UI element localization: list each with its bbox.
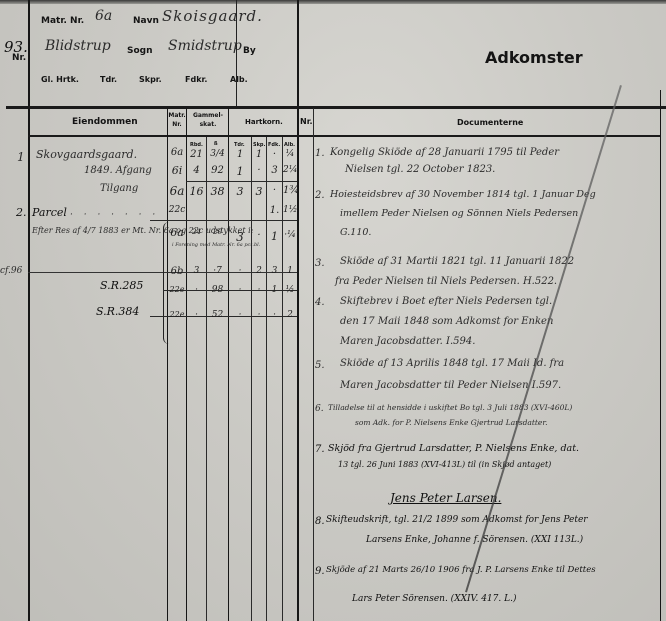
tdr-value: 1	[229, 149, 251, 160]
skilling-value: 20	[207, 228, 228, 236]
doc-entry-3-nr: 3.	[315, 258, 325, 269]
row-number-label: Nr.	[12, 53, 26, 63]
fdk-value: 1.	[267, 205, 282, 216]
row-1-subtotal-rule	[186, 181, 297, 182]
sr-285: S.R.285	[100, 279, 143, 292]
navn-label: Navn	[133, 16, 159, 26]
doc-entry-4-nr: 4.	[315, 297, 325, 308]
doc-entry-7-line-2: 13 tgl. 26 Juni 1883 (XVI-413L) til (in …	[338, 460, 551, 469]
tdr-label: Tdr.	[100, 75, 117, 84]
doc-entry-4-line-1: Skiftebrev i Boet efter Niels Pedersen t…	[340, 296, 552, 307]
skilling-value: 98	[207, 285, 228, 295]
skp-value: 2	[252, 266, 266, 276]
fdk-subheader: Fdk.	[268, 142, 280, 148]
gl-hrtk-label: Gl. Hrtk.	[41, 75, 79, 84]
ledger-page: 93. Nr. Matr. Nr. 6a Navn Skoisgaard. Bl…	[0, 0, 666, 621]
sogn-value: Blidstrup	[45, 38, 111, 54]
left-colheader-bottom-rule	[28, 135, 297, 137]
property-row-1-afgang: 1849. Afgang	[84, 165, 152, 176]
fdk-value: 3	[267, 266, 282, 276]
matr-value: 6b	[168, 266, 186, 277]
doc-entry-8-line-1: Skifteudskrift, tgl. 21/2 1899 som Adkom…	[326, 515, 588, 525]
alb-value: 2¼	[283, 165, 297, 175]
matr-nr-label: Matr. Nr.	[41, 16, 84, 26]
doc-entry-2-nr: 2.	[315, 190, 325, 201]
alb-value: ½	[283, 285, 297, 295]
tdr-value: ·	[229, 310, 251, 320]
gammelskat-sub-divider	[206, 137, 207, 621]
tdr-value: ·	[229, 285, 251, 295]
navn-value: Skoisgaard.	[162, 7, 263, 25]
tdr-value: ·	[229, 266, 251, 276]
rbd-value: 24	[187, 228, 206, 236]
hartkorn-sub-divider-1	[251, 137, 252, 621]
doc-entry-1-line-2: Nielsen tgl. 22 October 1823.	[345, 164, 495, 175]
fdk-value: ·	[267, 149, 282, 160]
doc-entry-7-line-1: Skjöd fra Gjertrud Larsdatter, P. Nielse…	[328, 443, 579, 454]
matr-nr-value: 6a	[95, 8, 112, 24]
doc-entry-8-nr: 8.	[315, 516, 325, 527]
matr-nr-header: Matr. Nr.	[168, 111, 186, 129]
eiendommen-header: Eiendommen	[72, 117, 138, 127]
leader-dots: · · · · · · ·	[70, 210, 159, 220]
fdk-value: 1	[267, 285, 282, 295]
property-row-2-description: Parcel	[32, 206, 67, 219]
property-row-2-nr: 2.	[16, 206, 27, 219]
alb-value: ·¼	[283, 230, 297, 240]
doc-nr-divider	[313, 108, 314, 621]
doc-entry-6-line-1: Tilladelse til at hensidde i uskiftet Bo…	[328, 403, 572, 412]
doc-entry-5-nr: 5.	[315, 360, 325, 371]
doc-entry-9-line-1: Skjöde af 21 Marts 26/10 1906 fra J. P. …	[326, 565, 596, 575]
tdr-subheader: Tdr.	[234, 142, 245, 148]
hartkorn-header: Hartkorn.	[245, 118, 283, 126]
fdkr-label: Fdkr.	[185, 75, 207, 84]
matr-value: 22e	[168, 285, 186, 294]
documenterne-header: Documenterne	[457, 118, 523, 127]
doc-entry-6-nr: 6.	[315, 404, 324, 414]
alb-value: 2	[283, 310, 297, 320]
by-value: Smidstrup	[168, 38, 242, 54]
sogn-label: Sogn	[127, 46, 153, 56]
skilling-value: 3/4	[207, 149, 228, 159]
skilling-subheader: ß	[214, 141, 218, 147]
tdr-value: 3	[229, 230, 251, 244]
matr-value: 6i	[168, 164, 186, 177]
doc-entry-8-line-2: Larsens Enke, Johanne f. Sörensen. (XXI …	[366, 535, 583, 545]
skp-value: ·	[252, 285, 266, 295]
skp-value: 1	[252, 149, 266, 160]
property-row-1-nr: 1	[17, 150, 25, 164]
rbd-value: ·	[187, 310, 206, 320]
alb-value: 1	[283, 266, 297, 276]
doc-entry-1-nr: 1.	[315, 148, 325, 159]
skp-value: ·	[252, 165, 266, 176]
header-bottom-rule	[6, 106, 666, 109]
doc-entry-3-line-1: Skiöde af 31 Martii 1821 tgl. 11 Januari…	[340, 256, 574, 267]
skilling-value: 92	[207, 165, 228, 176]
tdr-value: 1	[229, 165, 251, 178]
right-edge-line	[660, 90, 661, 621]
alb-value: ¼	[283, 149, 297, 159]
owner-name: Jens Peter Larsen.	[390, 491, 501, 505]
doc-entry-7-nr: 7.	[315, 444, 325, 455]
doc-entry-4-line-2: den 17 Maii 1848 som Adkomst for Enken	[340, 316, 553, 327]
doc-entry-2-line-2: imellem Peder Nielsen og Sönnen Niels Pe…	[340, 208, 578, 219]
skp-subheader: Skp.	[253, 142, 265, 148]
rbd-value: 21	[187, 149, 206, 160]
page-top-edge	[0, 0, 666, 4]
doc-entry-9-line-2: Lars Peter Sörensen. (XXIV. 417. L.)	[352, 594, 516, 604]
doc-entry-1-line-1: Kongelig Skiöde af 28 Januarii 1795 til …	[330, 147, 559, 158]
alb-label: Alb.	[230, 75, 248, 84]
margin-divider	[28, 0, 30, 621]
doc-entry-3-line-2: fra Peder Nielsen til Niels Pedersen. H.…	[335, 276, 557, 287]
matr-value: 22c	[168, 205, 186, 215]
gammelskat-header: Gammel-skat.	[188, 111, 228, 129]
doc-entry-2-line-1: Hoiesteidsbrev af 30 November 1814 tgl. …	[330, 189, 596, 200]
margin-reference: cf.96	[0, 266, 22, 276]
matr-value: 6a	[168, 147, 186, 158]
property-row-1-description: Skovgaardsgaard.	[36, 148, 137, 161]
skp-value: ·	[252, 230, 266, 241]
fdk-value: 3	[267, 165, 282, 176]
rbd-value: 3	[187, 266, 206, 276]
doc-entry-5-line-1: Skiöde af 13 Aprilis 1848 tgl. 17 Maii I…	[340, 358, 564, 369]
matr-value: 22e	[168, 310, 186, 319]
doc-entry-4-line-3: Maren Jacobsdatter. I.594.	[340, 336, 475, 347]
skp-value: ·	[252, 310, 266, 320]
fdk-value: ·	[267, 185, 282, 196]
matr-value: 6a	[168, 226, 186, 239]
by-label: By	[243, 46, 256, 56]
alb-value: 1¾	[283, 185, 297, 196]
rbd-value: 16	[187, 185, 206, 198]
doc-entry-9-nr: 9.	[315, 566, 325, 577]
rbd-value: 4	[187, 165, 206, 176]
alb-value: 1½	[283, 205, 297, 215]
tdr-value: 3	[229, 185, 251, 198]
matr-value: 6a	[168, 184, 186, 198]
skpr-label: Skpr.	[139, 75, 162, 84]
grouping-brace	[163, 222, 170, 344]
adkomster-title: Adkomster	[485, 48, 583, 67]
doc-entry-2-line-3: G.110.	[340, 227, 371, 238]
rbd-value: ·	[187, 285, 206, 295]
sr-384: S.R.384	[96, 305, 139, 318]
skilling-value: ·7	[207, 266, 228, 276]
fdk-value: ·	[267, 310, 282, 320]
skp-value: 3	[252, 185, 266, 198]
doc-nr-header: Nr.	[300, 117, 313, 126]
row-2-rule	[150, 220, 297, 221]
page-center-divider	[297, 0, 299, 621]
alb-subheader: Alb.	[284, 142, 295, 148]
skilling-value: 52	[207, 310, 228, 320]
skilling-value: 38	[207, 185, 228, 198]
rbd-subheader: Rbd.	[190, 142, 203, 148]
fdk-value: 1	[267, 230, 282, 243]
property-row-1-tilgang: Tilgang	[100, 183, 138, 194]
